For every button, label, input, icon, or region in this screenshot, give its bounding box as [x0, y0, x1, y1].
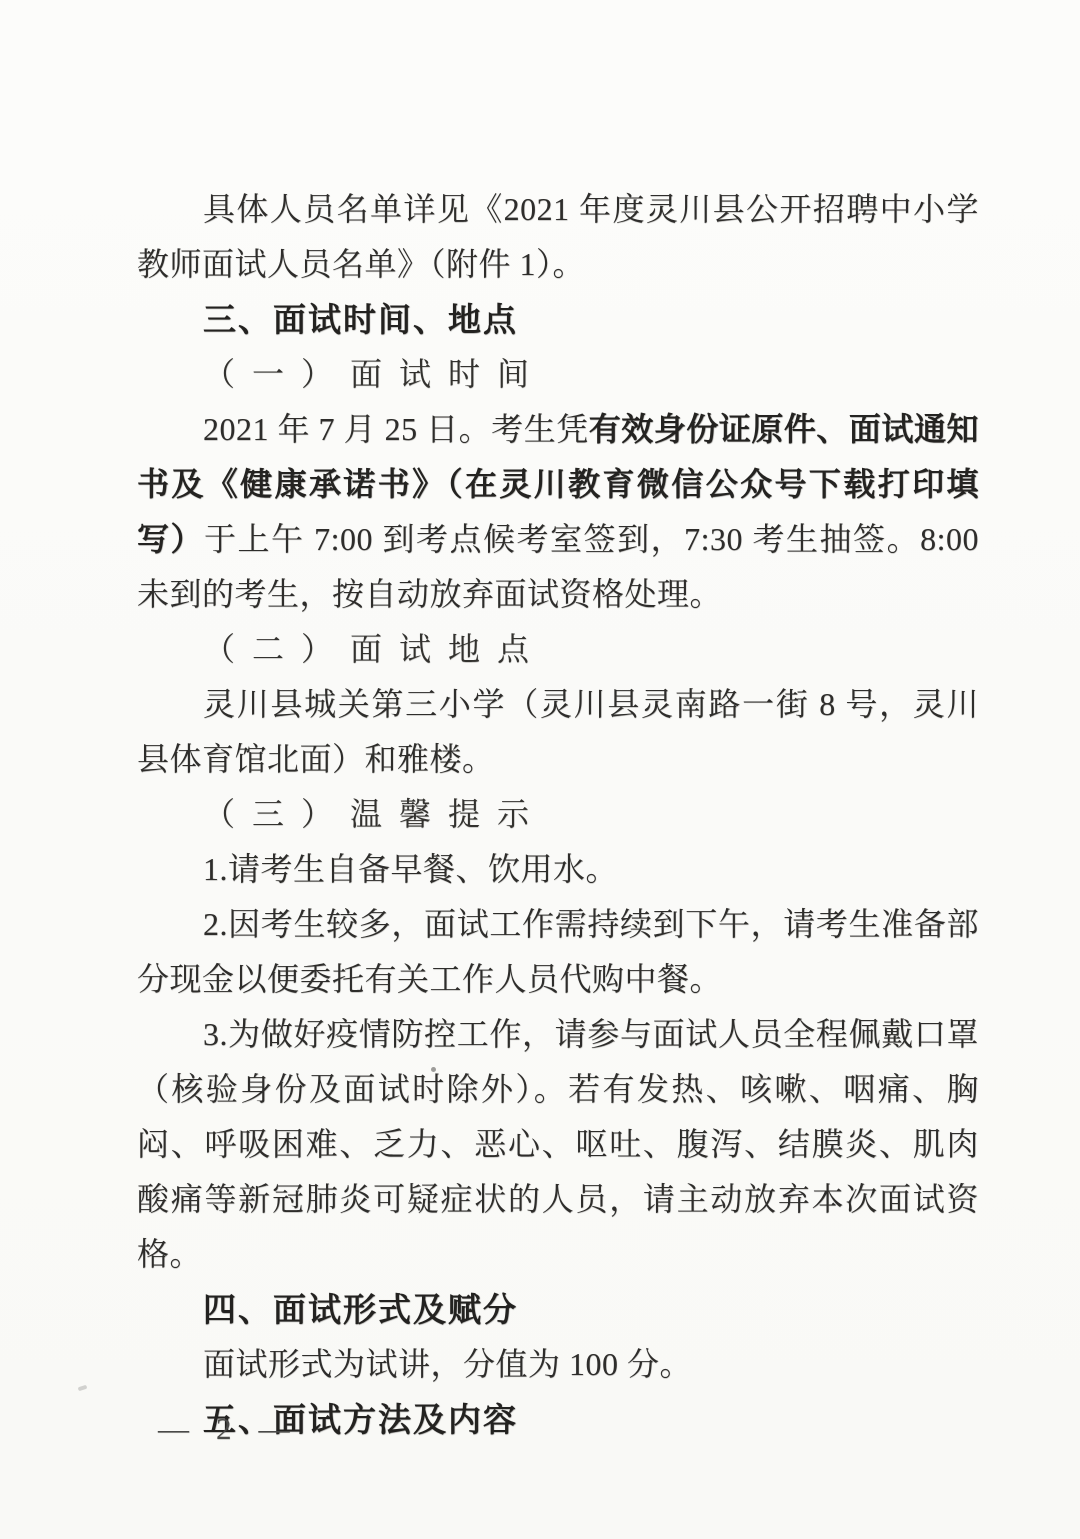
page-number: 2: [216, 1409, 233, 1449]
paragraph-interview-place-details: 灵川县城关第三小学（灵川县灵南路一街 8 号，灵川县体育馆北面）和雅楼。: [137, 677, 979, 787]
paragraph-interview-time-details: 2021 年 7 月 25 日。考生凭有效身份证原件、面试通知书及《健康承诺书》…: [137, 402, 979, 622]
subsection-heading-interview-time: （一）面试时间: [137, 347, 979, 402]
paragraph-namelist-reference: 具体人员名单详见《2021 年度灵川县公开招聘中小学教师面试人员名单》（附件 1…: [137, 182, 979, 292]
paragraph-tip-epidemic-prevention: 3.为做好疫情防控工作，请参与面试人员全程佩戴口罩（核验身份及面试时除外）。若有…: [137, 1007, 979, 1282]
paragraph-tip-lunch-cash: 2.因考生较多，面试工作需持续到下午，请考生准备部分现金以便委托有关工作人员代购…: [137, 897, 979, 1007]
paragraph-tip-breakfast-water: 1.请考生自备早餐、饮用水。: [137, 842, 979, 897]
footer-dash-right: —: [259, 1409, 291, 1449]
footer-dash-left: —: [158, 1409, 190, 1449]
page-number-footer: —2—: [158, 1409, 291, 1449]
section-heading-interview-format-scoring: 四、面试形式及赋分: [137, 1282, 979, 1337]
scanned-document-page: 具体人员名单详见《2021 年度灵川县公开招聘中小学教师面试人员名单》（附件 1…: [0, 0, 1080, 1539]
document-body: 具体人员名单详见《2021 年度灵川县公开招聘中小学教师面试人员名单》（附件 1…: [137, 182, 979, 1447]
scan-artifact-dot: [431, 1067, 436, 1072]
text-segment-checkin-rules: 于上午 7:00 到考点候考室签到，7:30 考生抽签。8:00 未到的考生，按…: [137, 521, 979, 612]
text-segment-date: 2021 年 7 月 25 日。考生凭: [203, 411, 589, 447]
scan-artifact-mark: [78, 1385, 88, 1392]
paragraph-interview-format-details: 面试形式为试讲，分值为 100 分。: [137, 1337, 979, 1392]
subsection-heading-interview-place: （二）面试地点: [137, 622, 979, 677]
subsection-heading-warm-tips: （三）温馨提示: [137, 787, 979, 842]
section-heading-interview-time-place: 三、面试时间、地点: [137, 292, 979, 347]
